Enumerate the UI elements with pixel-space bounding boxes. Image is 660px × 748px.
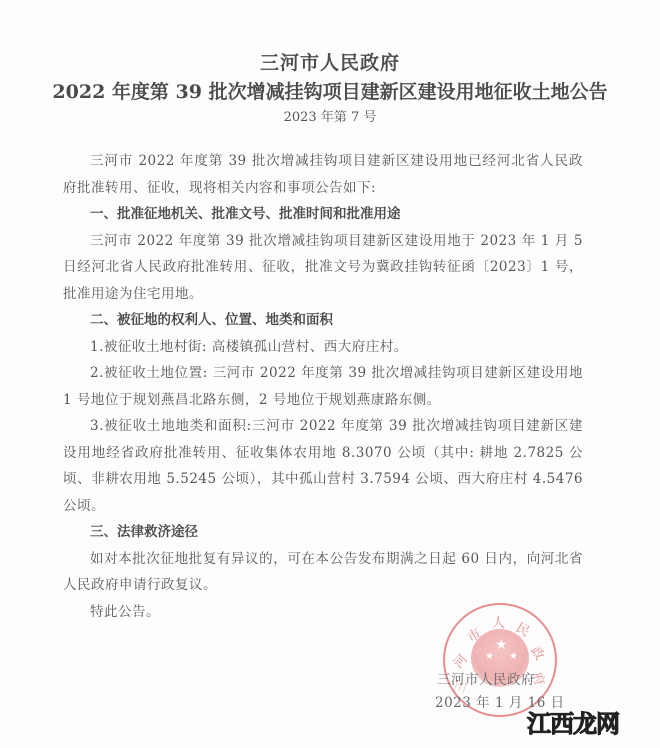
document-number: 2023 年第 7 号 [0,106,660,125]
section1-heading: 一、批准征地机关、批准文号、批准时间和批准用途 [63,201,583,228]
issuer-title: 三河市人民政府 [0,48,660,75]
signature-organization: 三河市人民政府 [437,668,535,688]
document-body: 三河市 2022 年度第 39 批次增减挂钩项目建新区建设用地已经河北省人民政府… [63,148,583,625]
section2-item3: 3.被征收土地地类和面积:三河市 2022 年度第 39 批次增减挂钩项目建新区… [63,413,583,519]
site-watermark: 江西龙网 [527,704,619,739]
section3-heading: 三、法律救济途径 [63,519,583,546]
section3-text: 如对本批次征地批复有异议的，可在本公告发布期满之日起 60 日内，向河北省人民政… [63,546,583,599]
intro-paragraph: 三河市 2022 年度第 39 批次增减挂钩项目建新区建设用地已经河北省人民政府… [63,148,583,201]
section2-item2: 2.被征收土地位置: 三河市 2022 年度第 39 批次增减挂钩项目建新区建设… [63,360,583,413]
section2-item1: 1.被征收土地村街: 高楼镇孤山营村、西大府庄村。 [63,334,583,361]
section1-text: 三河市 2022 年度第 39 批次增减挂钩项目建新区建设用地于 2023 年 … [63,228,583,308]
announcement-title: 2022 年度第 39 批次增减挂钩项目建新区建设用地征收土地公告 [0,77,660,104]
section2-heading: 二、被征地的权利人、位置、地类和面积 [63,307,583,334]
document-page: 三河市人民政府 2022 年度第 39 批次增减挂钩项目建新区建设用地征收土地公… [0,0,660,748]
